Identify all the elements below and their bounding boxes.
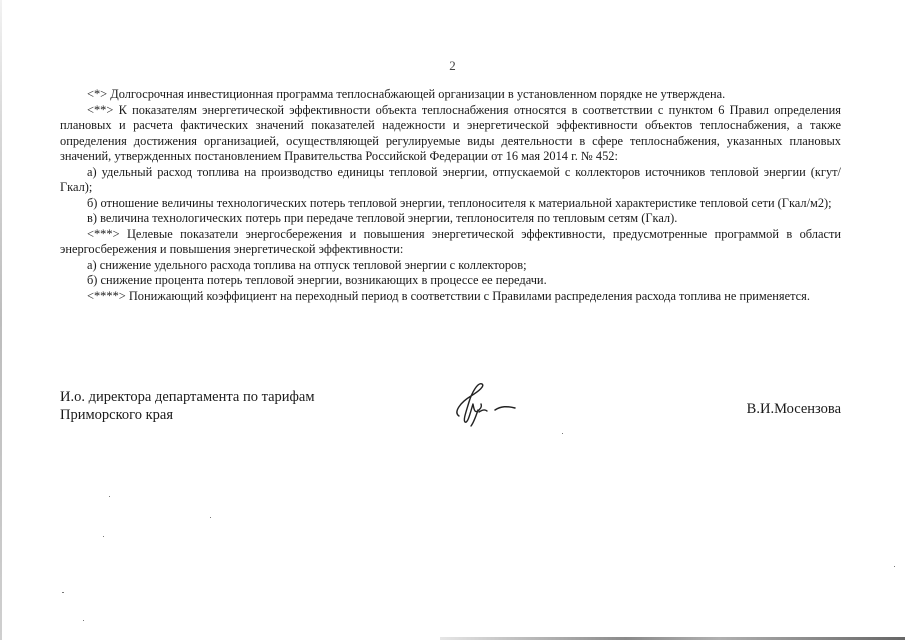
document-page: 2 <*> Долгосрочная инвестиционная програ… [0,0,905,640]
footnote-2-item-a: а) удельный расход топлива на производст… [60,165,841,196]
signer-name: В.И.Мосензова [747,400,841,418]
footnote-2-item-b: б) отношение величины технологических по… [60,196,841,212]
scan-speck [894,566,895,567]
footnote-2-item-c: в) величина технологических потерь при п… [60,211,841,227]
footnote-3: <***> Целевые показатели энергосбережени… [60,227,841,258]
scan-speck [109,496,110,497]
footnote-1: <*> Долгосрочная инвестиционная программ… [60,87,841,103]
signer-position-line-2: Приморского края [60,406,380,424]
page-number: 2 [0,58,905,74]
footnote-2: <**> К показателям энергетической эффект… [60,103,841,165]
scan-speck [83,620,84,621]
footnotes-section: <*> Долгосрочная инвестиционная программ… [60,87,841,304]
scan-speck [103,536,104,537]
scan-speck [62,592,64,593]
footnote-4: <****> Понижающий коэффициент на переход… [60,289,841,305]
scan-speck [562,433,563,434]
footnote-3-item-b: б) снижение процента потерь тепловой эне… [60,273,841,289]
handwritten-signature-icon [445,380,535,430]
footnote-3-item-a: а) снижение удельного расхода топлива на… [60,258,841,274]
scan-speck [210,517,211,518]
scan-left-edge [0,0,2,640]
signer-position-line-1: И.о. директора департамента по тарифам [60,388,380,406]
signer-position: И.о. директора департамента по тарифам П… [60,388,380,424]
